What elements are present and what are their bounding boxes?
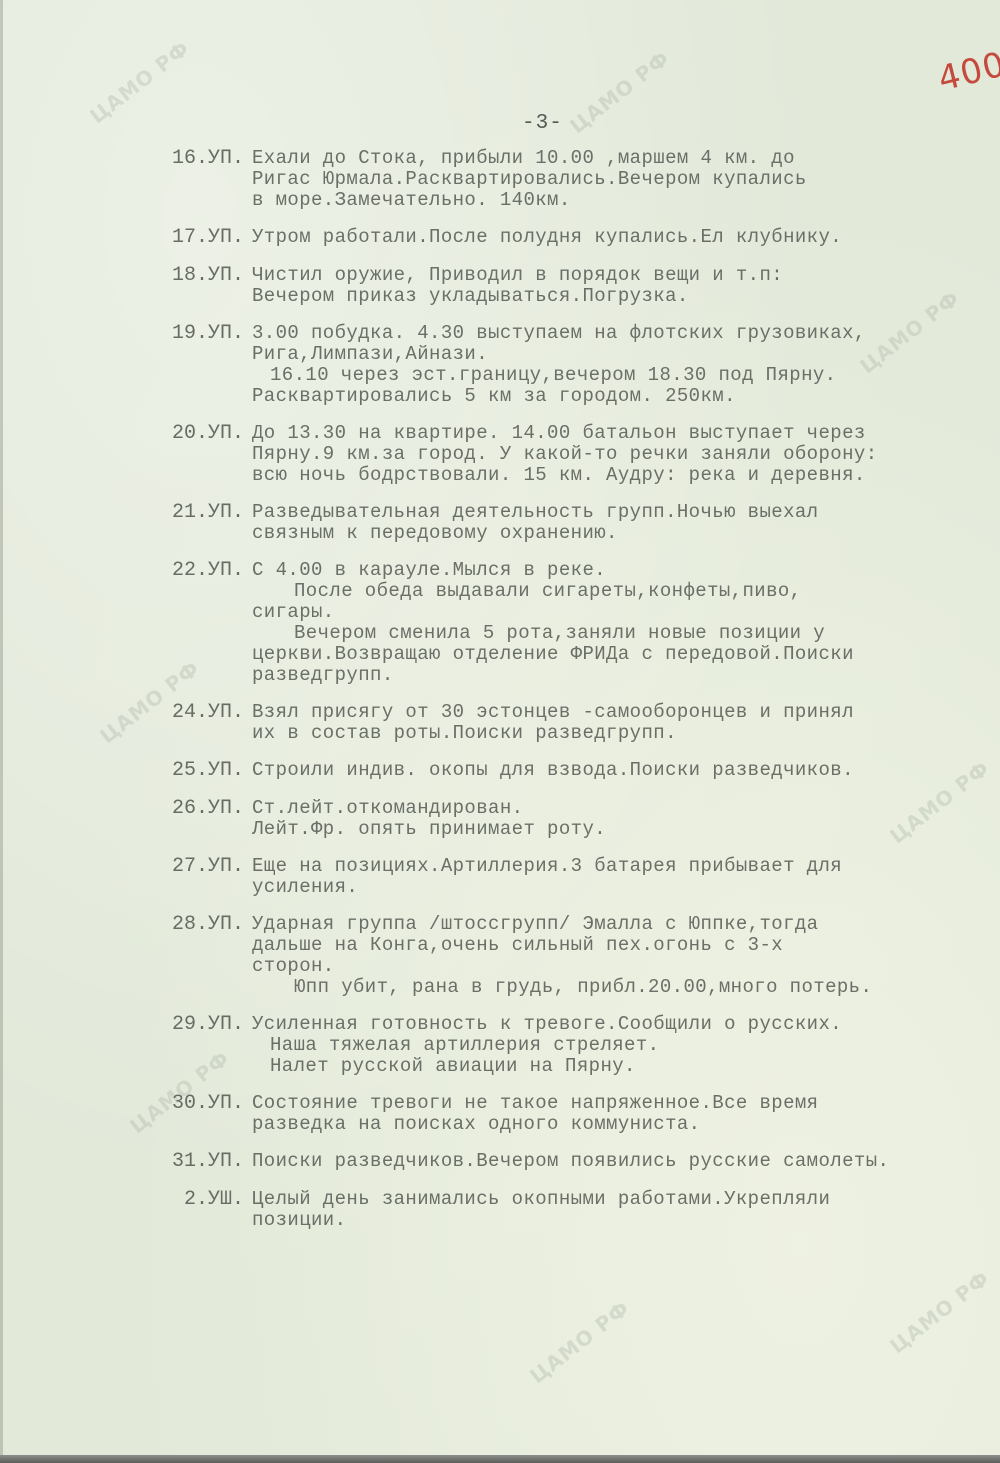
entry-line: дальше на Конга,очень сильный пех.огонь … [252,935,980,956]
entry-date: 31.УП. [160,1151,252,1173]
archive-folio-number: 400 [934,44,1000,99]
entry-date: 16.УП. [160,148,252,170]
entry-line: усиления. [252,877,980,898]
diary-entry: 16.УП.Ехали до Стока, прибыли 10.00 ,мар… [160,148,980,211]
entry-line: 16.10 через эст.границу,вечером 18.30 по… [252,365,980,386]
entry-line: Юпп убит, рана в грудь, прибл.20.00,мног… [252,977,980,998]
entry-date: 29.УП. [160,1014,252,1036]
entry-line: сигары. [252,602,980,623]
entry-line: 3.00 побудка. 4.30 выступаем на флотских… [252,323,980,344]
entry-line: в море.Замечательно. 140км. [252,190,980,211]
entry-date: 27.УП. [160,856,252,878]
entry-date: 24.УП. [160,702,252,724]
entry-line: Ехали до Стока, прибыли 10.00 ,маршем 4 … [252,148,980,169]
entry-date: 28.УП. [160,914,252,936]
diary-entry: 21.УП.Разведывательная деятельность груп… [160,502,980,544]
entry-body: Усиленная готовность к тревоге.Сообщили … [252,1014,980,1077]
entry-line: Целый день занимались окопными работами.… [252,1189,980,1210]
entry-date: 26.УП. [160,798,252,820]
entry-body: Строили индив. окопы для взвода.Поиски р… [252,760,980,781]
diary-entries: 16.УП.Ехали до Стока, прибыли 10.00 ,мар… [160,148,980,1247]
page-number: -3- [522,112,563,135]
entry-line: всю ночь бодрствовали. 15 км. Аудру: рек… [252,465,980,486]
entry-line: Ст.лейт.откомандирован. [252,798,980,819]
entry-line: церкви.Возвращаю отделение ФРИДа с перед… [252,644,980,665]
entry-line: Лейт.Фр. опять принимает роту. [252,819,980,840]
entry-line: связным к передовому охранению. [252,523,980,544]
diary-entry: 17.УП.Утром работали.После полудня купал… [160,227,980,249]
entry-date: 2.УШ. [160,1189,252,1211]
entry-line: Наша тяжелая артиллерия стреляет. [252,1035,980,1056]
diary-entry: 31.УП.Поиски разведчиков.Вечером появили… [160,1151,980,1173]
entry-date: 18.УП. [160,265,252,287]
entry-line: Усиленная готовность к тревоге.Сообщили … [252,1014,980,1035]
entry-line: Ригас Юрмала.Расквартировались.Вечером к… [252,169,980,190]
diary-entry: 2.УШ.Целый день занимались окопными рабо… [160,1189,980,1231]
page-edge [0,1455,1000,1463]
entry-line: Вечером приказ укладываться.Погрузка. [252,286,980,307]
entry-line: разведгрупп. [252,665,980,686]
entry-date: 20.УП. [160,423,252,445]
entry-line: Состояние тревоги не такое напряженное.В… [252,1093,980,1114]
entry-date: 17.УП. [160,227,252,249]
watermark: ЦАМО РФ [565,46,674,138]
entry-body: Взял присягу от 30 эстонцев -самооборонц… [252,702,980,744]
entry-body: Состояние тревоги не такое напряженное.В… [252,1093,980,1135]
entry-line: Вечером сменила 5 рота,заняли новые пози… [252,623,980,644]
watermark: ЦАМО РФ [885,1266,994,1358]
diary-entry: 28.УП.Ударная группа /штоссгрупп/ Эмалла… [160,914,980,998]
entry-body: Поиски разведчиков.Вечером появились рус… [252,1151,980,1172]
entry-body: Утром работали.После полудня купались.Ел… [252,227,980,248]
entry-body: Ст.лейт.откомандирован.Лейт.Фр. опять пр… [252,798,980,840]
diary-entry: 22.УП.С 4.00 в карауле.Мылся в реке.Посл… [160,560,980,686]
entry-line: Пярну.9 км.за город. У какой-то речки за… [252,444,980,465]
entry-line: До 13.30 на квартире. 14.00 батальон выс… [252,423,980,444]
entry-body: Еще на позициях.Артиллерия.3 батарея при… [252,856,980,898]
diary-entry: 26.УП.Ст.лейт.откомандирован.Лейт.Фр. оп… [160,798,980,840]
entry-body: Разведывательная деятельность групп.Ночь… [252,502,980,544]
watermark: ЦАМО РФ [525,1296,634,1388]
entry-date: 25.УП. [160,760,252,782]
entry-line: Расквартировались 5 км за городом. 250км… [252,386,980,407]
entry-body: До 13.30 на квартире. 14.00 батальон выс… [252,423,980,486]
diary-entry: 24.УП.Взял присягу от 30 эстонцев -самоо… [160,702,980,744]
entry-body: Целый день занимались окопными работами.… [252,1189,980,1231]
diary-entry: 20.УП.До 13.30 на квартире. 14.00 баталь… [160,423,980,486]
entry-body: С 4.00 в карауле.Мылся в реке.После обед… [252,560,980,686]
entry-body: Ударная группа /штоссгрупп/ Эмалла с Юпп… [252,914,980,998]
entry-line: их в состав роты.Поиски разведгрупп. [252,723,980,744]
entry-line: Ударная группа /штоссгрупп/ Эмалла с Юпп… [252,914,980,935]
entry-line: После обеда выдавали сигареты,конфеты,пи… [252,581,980,602]
entry-body: 3.00 побудка. 4.30 выступаем на флотских… [252,323,980,407]
entry-line: Взял присягу от 30 эстонцев -самооборонц… [252,702,980,723]
entry-date: 19.УП. [160,323,252,345]
entry-line: Утром работали.После полудня купались.Ел… [252,227,980,248]
entry-date: 21.УП. [160,502,252,524]
entry-line: Рига,Лимпази,Айнази. [252,344,980,365]
diary-entry: 27.УП.Еще на позициях.Артиллерия.3 батар… [160,856,980,898]
entry-date: 30.УП. [160,1093,252,1115]
entry-line: Чистил оружие, Приводил в порядок вещи и… [252,265,980,286]
entry-line: сторон. [252,956,980,977]
diary-entry: 29.УП.Усиленная готовность к тревоге.Соо… [160,1014,980,1077]
entry-line: позиции. [252,1210,980,1231]
entry-body: Чистил оружие, Приводил в порядок вещи и… [252,265,980,307]
entry-line: Разведывательная деятельность групп.Ночь… [252,502,980,523]
diary-entry: 25.УП.Строили индив. окопы для взвода.По… [160,760,980,782]
entry-body: Ехали до Стока, прибыли 10.00 ,маршем 4 … [252,148,980,211]
diary-entry: 18.УП.Чистил оружие, Приводил в порядок … [160,265,980,307]
entry-line: Налет русской авиации на Пярну. [252,1056,980,1077]
entry-line: разведка на поисках одного коммуниста. [252,1114,980,1135]
entry-line: Строили индив. окопы для взвода.Поиски р… [252,760,980,781]
entry-line: Поиски разведчиков.Вечером появились рус… [252,1151,980,1172]
entry-line: Еще на позициях.Артиллерия.3 батарея при… [252,856,980,877]
watermark: ЦАМО РФ [85,36,194,128]
diary-entry: 19.УП.3.00 побудка. 4.30 выступаем на фл… [160,323,980,407]
entry-line: С 4.00 в карауле.Мылся в реке. [252,560,980,581]
page-edge [0,0,3,1463]
entry-date: 22.УП. [160,560,252,582]
diary-entry: 30.УП.Состояние тревоги не такое напряже… [160,1093,980,1135]
